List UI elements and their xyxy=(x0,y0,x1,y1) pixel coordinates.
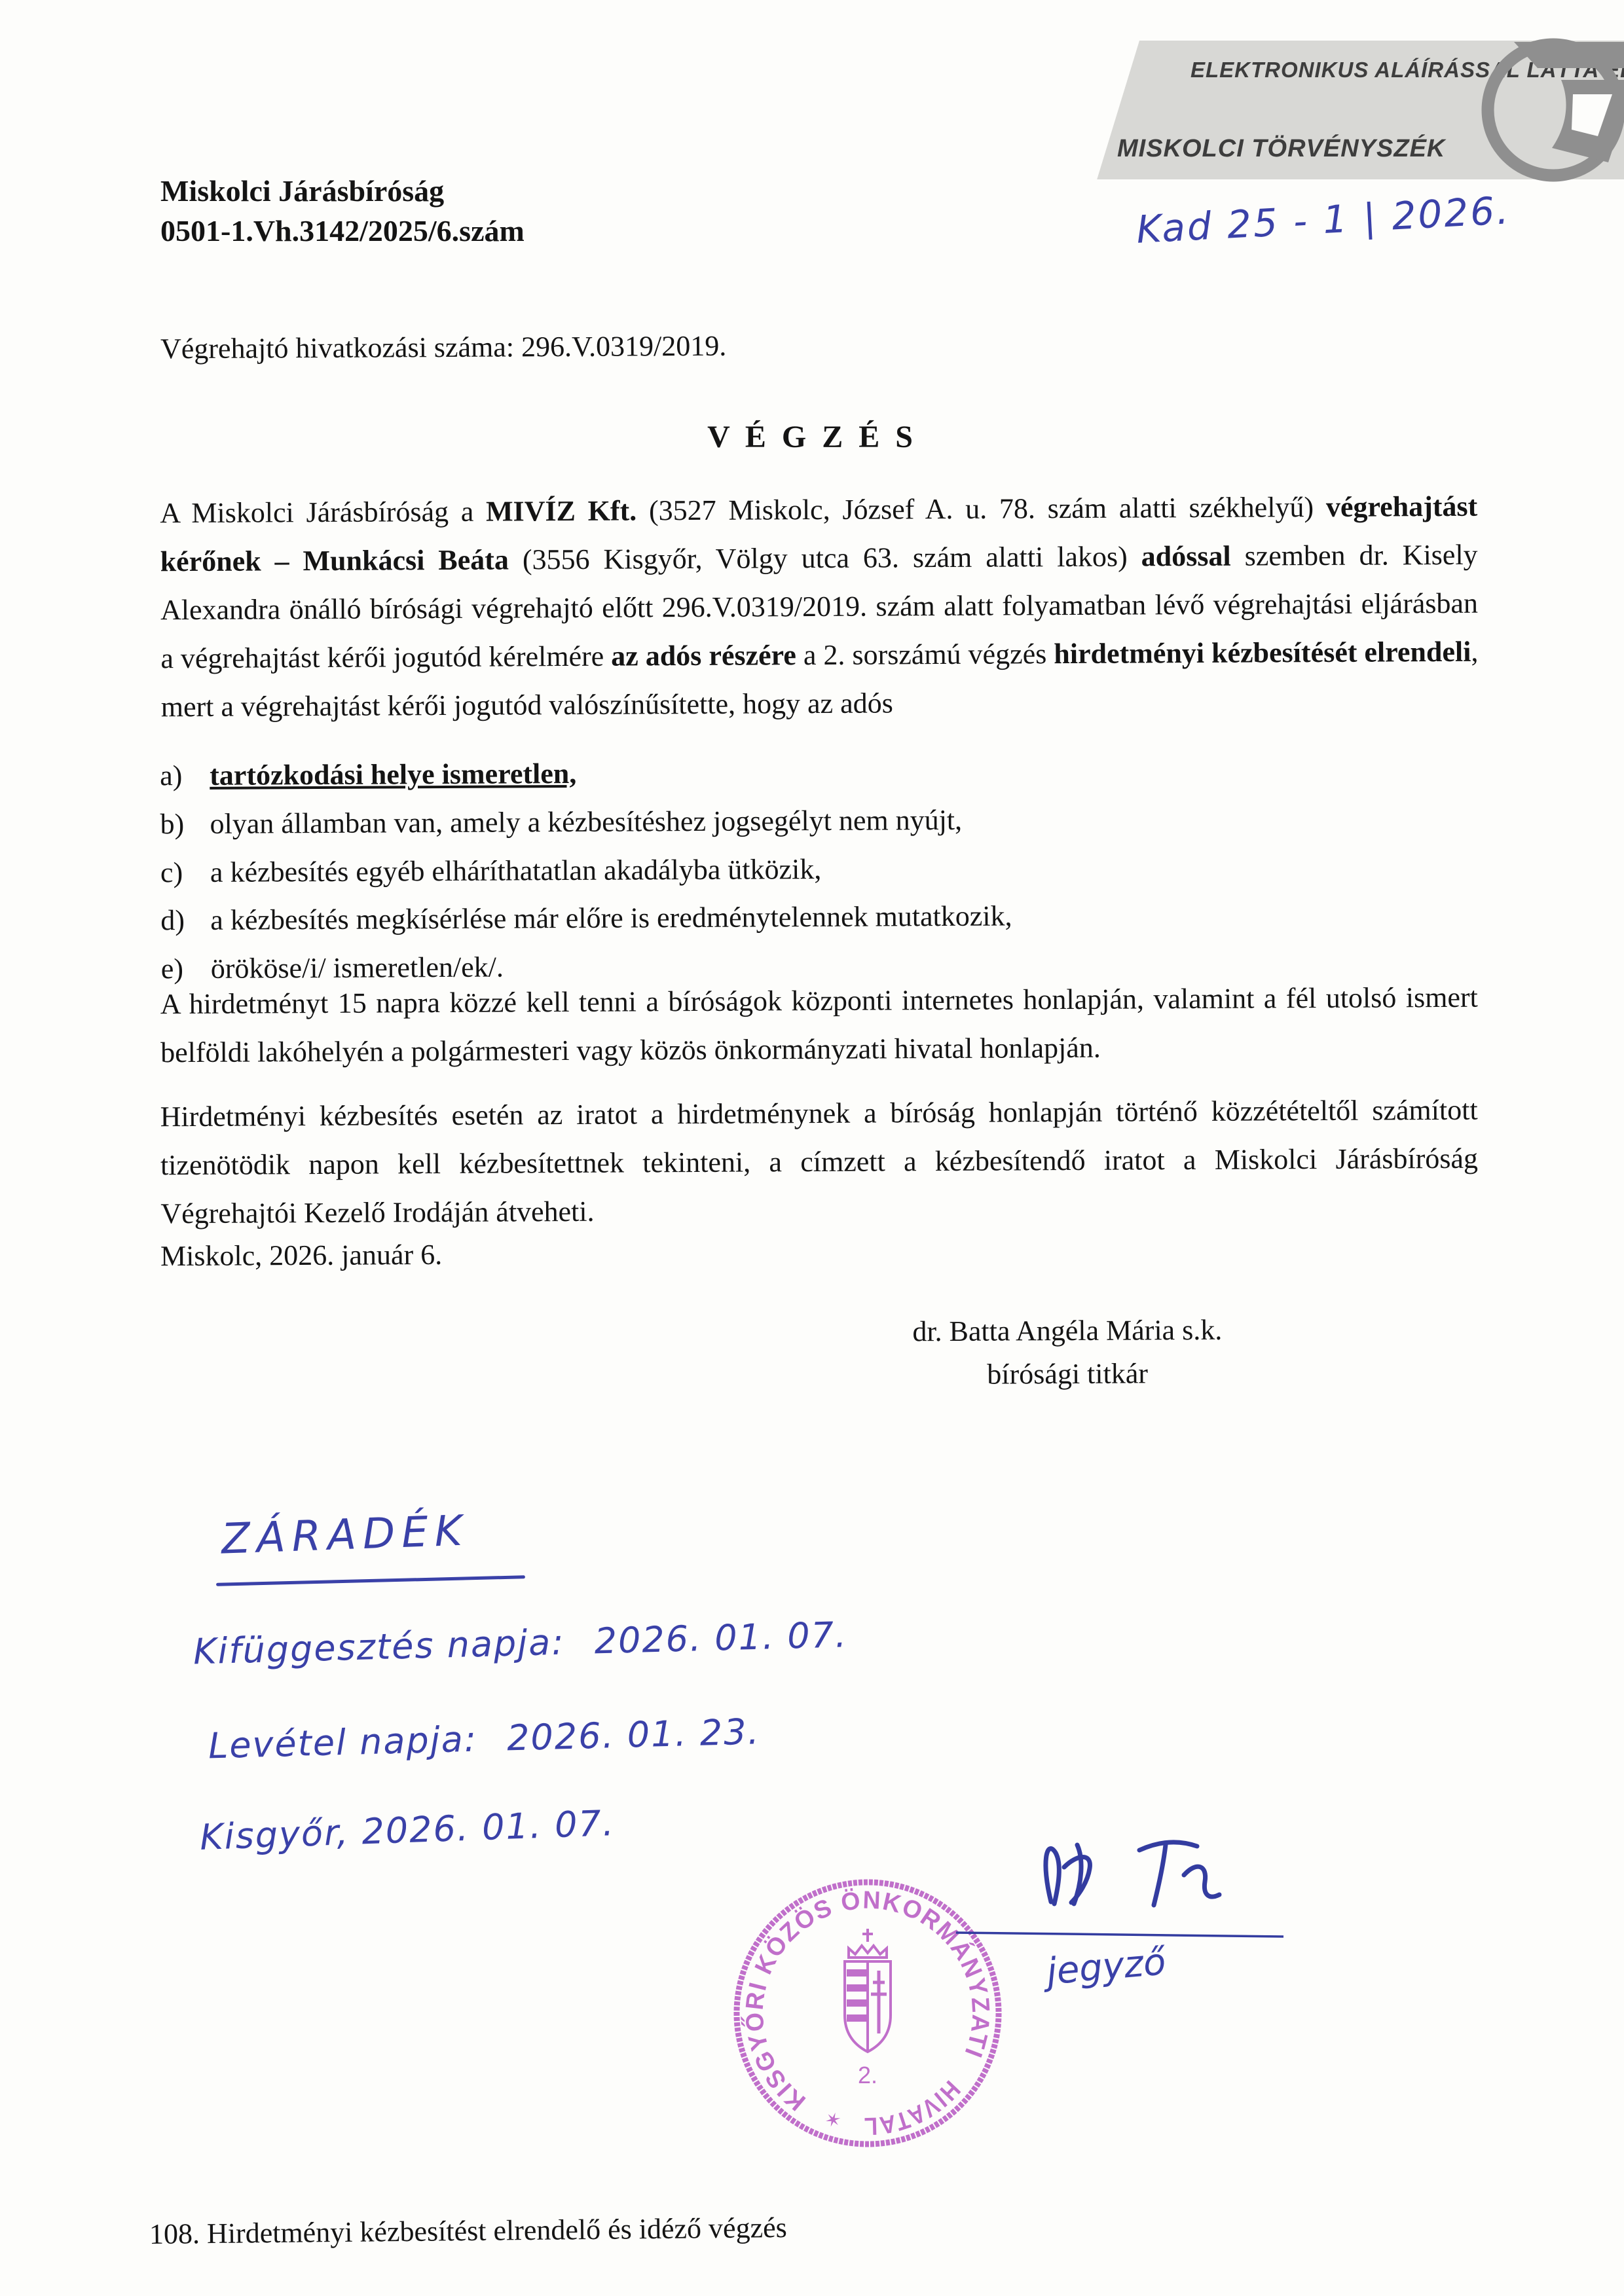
case-number: 0501-1.Vh.3142/2025/6.szám xyxy=(160,211,525,251)
text-run: A Miskolci Járásbíróság a xyxy=(160,496,486,530)
delivery-paragraph: Hirdetményi kézbesítés esetén az iratot … xyxy=(160,1086,1478,1238)
list-item: d) a kézbesítés megkísérlése már előre i… xyxy=(160,894,1478,940)
text-run: az adós részére xyxy=(611,639,796,672)
list-item: c) a kézbesítés egyéb elháríthatatlan ak… xyxy=(160,846,1478,892)
signer-title: bírósági titkár xyxy=(832,1351,1303,1397)
place-date-line: Kisgyőr, 2026. 01. 07. xyxy=(199,1802,616,1858)
stamp-number: 2. xyxy=(858,2062,877,2088)
jegyzo-signature-strokes xyxy=(943,1827,1297,1958)
bailiff-reference-line: Végrehajtó hivatkozási száma: 296.V.0319… xyxy=(160,329,727,366)
list-item-text: a kézbesítés megkísérlése már előre is e… xyxy=(210,897,1012,940)
posting-date-line: Kifüggesztés napja: 2026. 01. 07. xyxy=(193,1614,865,1673)
stamp-star-icon: ✶ xyxy=(822,2106,845,2132)
removal-date-label: Levétel napja: xyxy=(208,1719,477,1767)
grounds-list: a) tartózkodási helye ismeretlen, b) oly… xyxy=(160,750,1479,998)
svg-text:HIVATAL: HIVATAL xyxy=(862,2075,965,2140)
text-run: (3556 Kisgyőr, Völgy utca 63. szám alatt… xyxy=(509,540,1141,575)
posting-date-label: Kifüggesztés napja: xyxy=(193,1622,565,1673)
text-run: hirdetményi kézbesítését elrendeli xyxy=(1054,636,1471,670)
removal-date-value: 2026. 01. 23. xyxy=(506,1711,760,1758)
scanned-court-document: ELEKTRONIKUS ALÁÍRÁSSAL LÁTTA EL: MISKOL… xyxy=(0,0,1624,2296)
handwritten-registry-note: Kad 25 - 1 | 2026. xyxy=(1135,188,1512,252)
list-item-text: olyan államban van, amely a kézbesítéshe… xyxy=(210,801,962,844)
list-item-label: d) xyxy=(160,901,210,940)
signer-name: dr. Batta Angéla Mária s.k. xyxy=(832,1308,1303,1354)
list-item-text: tartózkodási helye ismeretlen, xyxy=(210,754,576,795)
list-item: a) tartózkodási helye ismeretlen, xyxy=(160,750,1477,795)
list-item-label: c) xyxy=(160,853,210,892)
posting-date-value: 2026. 01. 07. xyxy=(594,1614,848,1662)
list-item-text: a kézbesítés egyéb elháríthatatlan akadá… xyxy=(210,850,822,892)
text-run: adóssal xyxy=(1141,540,1231,573)
court-logo-icon xyxy=(1473,25,1624,198)
esign-stamp-line2: MISKOLCI TÖRVÉNYSZÉK xyxy=(1117,135,1445,163)
document-title: V É G Z É S xyxy=(0,419,1624,455)
text-run: a 2. sorszámú végzés xyxy=(796,638,1054,671)
footer-form-label: 108. Hirdetményi kézbesítést elrendelő é… xyxy=(149,2211,787,2251)
removal-date-line: Levétel napja: 2026. 01. 23. xyxy=(208,1711,777,1767)
list-item-label: a) xyxy=(160,756,210,795)
signer-block: dr. Batta Angéla Mária s.k. bírósági tit… xyxy=(832,1308,1304,1397)
document-header: Miskolci Járásbíróság 0501-1.Vh.3142/202… xyxy=(160,172,525,251)
zaradek-heading: ZÁRADÉK xyxy=(221,1506,470,1563)
decision-paragraph: A Miskolci Járásbíróság a MIVÍZ Kft. (35… xyxy=(160,483,1479,731)
date-line: Miskolc, 2026. január 6. xyxy=(160,1238,442,1273)
list-item: b) olyan államban van, amely a kézbesíté… xyxy=(160,798,1477,844)
stamp-arc-text-bottom: HIVATAL xyxy=(862,2075,965,2140)
coat-of-arms-icon xyxy=(845,1929,891,2052)
text-run: (3527 Miskolc, József A. u. 78. szám ala… xyxy=(637,491,1326,527)
court-name: Miskolci Járásbíróság xyxy=(160,172,525,211)
text-run: MIVÍZ Kft. xyxy=(486,494,637,527)
zaradek-underline xyxy=(216,1575,525,1586)
list-item-label: b) xyxy=(160,805,210,844)
publication-paragraph: A hirdetményt 15 napra közzé kell tenni … xyxy=(160,974,1479,1077)
